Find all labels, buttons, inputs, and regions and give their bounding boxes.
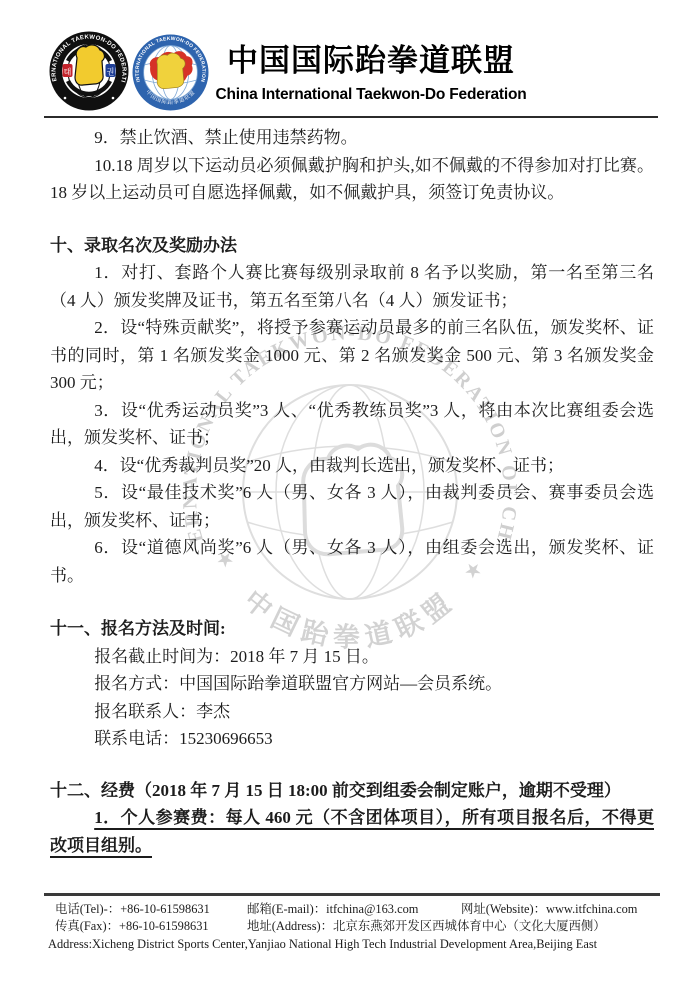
award-item: 6．设“道德风尚奖”6 人（男、女各 3 人），由组委会选出，颁发奖杯、证书。: [50, 534, 654, 589]
contact-address-cn: 地址(Address)：北京东燕郊开发区西城体育中心（文化大厦西侧）: [247, 918, 606, 936]
contact-fax: 传真(Fax)：+86-10-61598631: [55, 918, 247, 936]
footer-row: 传真(Fax)：+86-10-61598631 地址(Address)：北京东燕…: [44, 918, 660, 936]
section-fees-title: 十二、经费（2018 年 7 月 15 日 18:00 前交到组委会制定账户，逾…: [50, 777, 654, 805]
registration-contact-person: 报名联系人：李杰: [50, 698, 654, 726]
award-item: 5．设“最佳技术奖”6 人（男、女各 3 人），由裁判委员会、赛事委员会选出，颁…: [50, 479, 654, 534]
section-awards-title: 十、录取名次及奖励办法: [50, 232, 654, 260]
section-fees: 十二、经费（2018 年 7 月 15 日 18:00 前交到组委会制定账户，逾…: [50, 777, 654, 860]
citf-logo-icon: INTERNATIONAL TAEKWON-DO FEDERATION 中国国际…: [132, 34, 209, 111]
award-item: 1．对打、套路个人赛比赛每级别录取前 8 名予以奖励，第一名至第三名（4 人）颁…: [50, 259, 654, 314]
header-divider: [44, 116, 658, 118]
org-subtitle-en: China International Taekwon-Do Federatio…: [206, 86, 536, 104]
contact-email: 邮箱(E-mail)：itfchina@163.com: [247, 901, 461, 919]
award-item: 3．设“优秀运动员奖”3 人、“优秀教练员奖”3 人，将由本次比赛组委会选出，颁…: [50, 397, 654, 452]
award-item: 2．设“特殊贡献奖”，将授予参赛运动员最多的前三名队伍，颁发奖杯、证书的同时，第…: [50, 314, 654, 397]
rule-item-9: 9．禁止饮酒、禁止使用违禁药物。: [50, 124, 654, 152]
hangul-tae-glyph: 태: [64, 66, 72, 76]
fist-icon: [157, 53, 185, 89]
rule-item-10: 10.18 周岁以下运动员必须佩戴护胸和护头,如不佩戴的不得参加对打比赛。18 …: [50, 152, 654, 207]
registration-contact-phone: 联系电话：15230696653: [50, 725, 654, 753]
footer-divider: [44, 893, 660, 896]
award-item: 4．设“优秀裁判员奖”20 人，由裁判长选出，颁发奖杯、证书；: [50, 452, 654, 480]
hangul-kwon-glyph: 권: [107, 66, 115, 76]
contact-tel: 电话(Tel)-：+86-10-61598631: [55, 901, 247, 919]
document-body: 9．禁止饮酒、禁止使用违禁药物。 10.18 周岁以下运动员必须佩戴护胸和护头,…: [0, 124, 700, 859]
registration-method: 报名方式：中国国际跆拳道联盟官方网站—会员系统。: [50, 670, 654, 698]
registration-deadline: 报名截止时间为：2018 年 7 月 15 日。: [50, 643, 654, 671]
document-page: INTERNATIONAL TAEKWON-DO FEDERATION 태 권 …: [0, 0, 700, 990]
org-title-cn: 中国国际跆拳道联盟: [206, 42, 536, 80]
section-awards: 十、录取名次及奖励办法 1．对打、套路个人赛比赛每级别录取前 8 名予以奖励，第…: [50, 232, 654, 590]
footer-row: 电话(Tel)-：+86-10-61598631 邮箱(E-mail)：itfc…: [44, 901, 660, 919]
fee-item: 1．个人参赛费：每人 460 元（不含团体项目），所有项目报名后，不得更改项目组…: [50, 804, 654, 859]
section-registration: 十一、报名方法及时间: 报名截止时间为：2018 年 7 月 15 日。 报名方…: [50, 615, 654, 753]
contact-address-en: Address:Xicheng District Sports Center,Y…: [44, 936, 660, 954]
letterhead: 中国国际跆拳道联盟 China International Taekwon-Do…: [206, 42, 536, 104]
section-registration-title: 十一、报名方法及时间:: [50, 615, 654, 643]
itf-logo-icon: INTERNATIONAL TAEKWON-DO FEDERATION 태 권: [49, 31, 129, 111]
contact-website: 网址(Website)：www.itfchina.com: [461, 901, 637, 919]
document-footer: 电话(Tel)-：+86-10-61598631 邮箱(E-mail)：itfc…: [44, 893, 660, 953]
fist-icon: [75, 45, 104, 85]
